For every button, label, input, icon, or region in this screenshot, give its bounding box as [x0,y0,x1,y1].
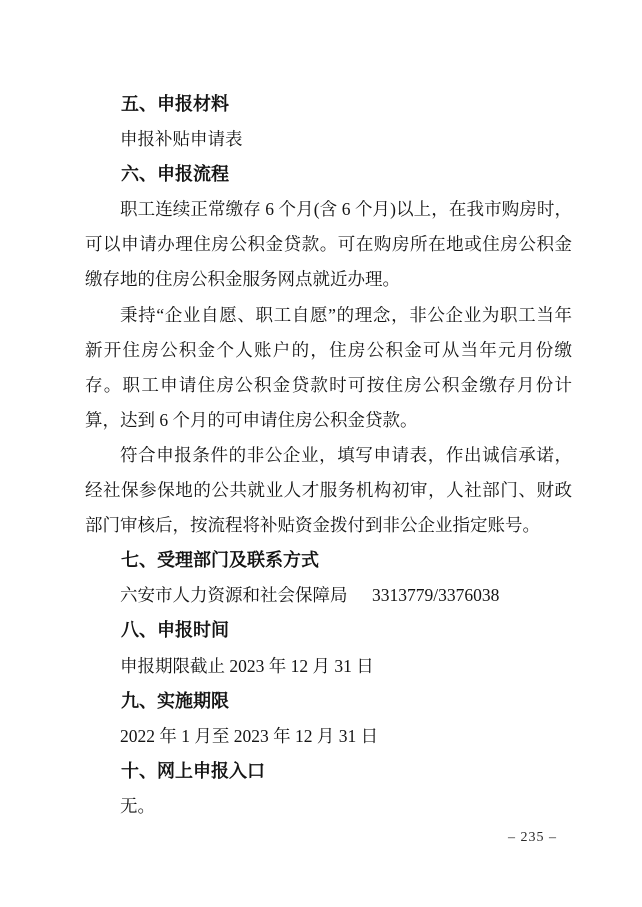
section-heading-materials: 五、申报材料 [85,87,572,122]
paragraph-deadline: 申报期限截止 2023 年 12 月 31 日 [85,649,572,684]
section-heading-process: 六、申报流程 [85,157,572,192]
document-page: 五、申报材料 申报补贴申请表 六、申报流程 职工连续正常缴存 6 个月(含 6 … [0,0,642,907]
paragraph-process-2: 秉持“企业自愿、职工自愿”的理念，非公企业为职工当年新开住房公积金个人账户的，住… [85,298,572,438]
paragraph-period: 2022 年 1 月至 2023 年 12 月 31 日 [85,719,572,754]
paragraph-online-entry: 无。 [85,789,572,824]
paragraph-materials: 申报补贴申请表 [85,122,572,157]
section-heading-online-entry: 十、网上申报入口 [85,754,572,789]
contact-line: 六安市人力资源和社会保障局3313779/3376038 [85,578,572,613]
page-number: – 235 – [508,830,557,846]
contact-department: 六安市人力资源和社会保障局 [120,585,348,605]
document-body: 五、申报材料 申报补贴申请表 六、申报流程 职工连续正常缴存 6 个月(含 6 … [85,87,572,824]
section-heading-deadline: 八、申报时间 [85,613,572,648]
section-heading-contact: 七、受理部门及联系方式 [85,543,572,578]
paragraph-process-1: 职工连续正常缴存 6 个月(含 6 个月)以上，在我市购房时，可以申请办理住房公… [85,192,572,297]
contact-phone: 3313779/3376038 [372,585,499,605]
section-heading-period: 九、实施期限 [85,684,572,719]
paragraph-process-3: 符合申报条件的非公企业，填写申请表，作出诚信承诺，经社保参保地的公共就业人才服务… [85,438,572,543]
